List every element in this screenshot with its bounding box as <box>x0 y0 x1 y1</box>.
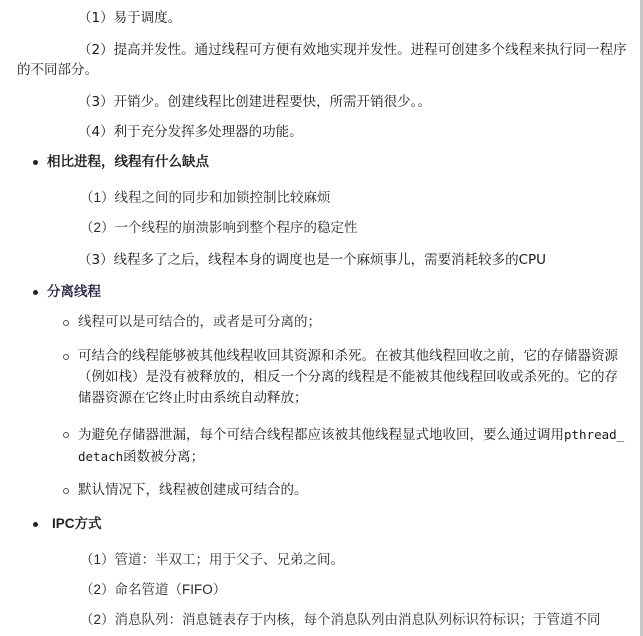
advantage-item-3: （3）开销少。创建线程比创建进程要快，所需开销很少。。 <box>78 92 431 112</box>
ipc-item-3: （2）消息队列：消息链表存于内核，每个消息队列由消息队列标识符标识；于管道不同 <box>80 610 601 630</box>
detached-item-4: 默认情况下，线程被创建成可结合的。 <box>78 480 308 500</box>
detached-threads-heading: 分离线程 <box>47 282 101 302</box>
ipc-item-2: （2）命名管道（FIFO） <box>80 580 226 600</box>
bullet-icon <box>33 290 38 295</box>
detached-item-2: 可结合的线程能够被其他线程收回其资源和杀死。在被其他线程回收之前，它的存储器资源… <box>78 346 626 409</box>
bullet-icon <box>33 522 38 527</box>
circle-bullet-icon <box>63 320 69 326</box>
bullet-icon <box>33 160 38 165</box>
circle-bullet-icon <box>63 488 69 494</box>
document-page: （1）易于调度。 （2）提高并发性。通过线程可方便有效地实现并发性。进程可创建多… <box>0 0 640 636</box>
circle-bullet-icon <box>63 354 69 360</box>
detached-item-1: 线程可以是可结合的，或者是可分离的； <box>78 312 321 332</box>
disadvantage-item-2: （2）一个线程的崩溃影响到整个程序的稳定性 <box>80 218 358 238</box>
advantage-item-4: （4）利于充分发挥多处理器的功能。 <box>78 122 303 142</box>
ipc-item-1: （1）管道：半双工；用于父子、兄弟之间。 <box>80 550 344 570</box>
detached-item-3: 为避免存储器泄漏，每个可结合线程都应该被其他线程显式地收回，要么通过调用pthr… <box>78 424 626 468</box>
ipc-heading: IPC方式 <box>52 514 102 534</box>
advantage-item-1: （1）易于调度。 <box>78 8 181 28</box>
disadvantage-item-1: （1）线程之间的同步和加锁控制比较麻烦 <box>80 188 331 208</box>
detached-item-3-text-after: 函数被分离； <box>123 449 204 465</box>
advantage-item-2: （2）提高并发性。通过线程可方便有效地实现并发性。进程可创建多个线程来执行同一程… <box>17 40 627 80</box>
disadvantage-item-3: （3）线程多了之后，线程本身的调度也是一个麻烦事儿，需要消耗较多的CPU <box>78 250 546 270</box>
detached-item-3-text-before: 为避免存储器泄漏，每个可结合线程都应该被其他线程显式地收回，要么通过调用 <box>78 427 564 443</box>
disadvantages-heading: 相比进程，线程有什么缺点 <box>47 152 209 172</box>
circle-bullet-icon <box>63 432 69 438</box>
